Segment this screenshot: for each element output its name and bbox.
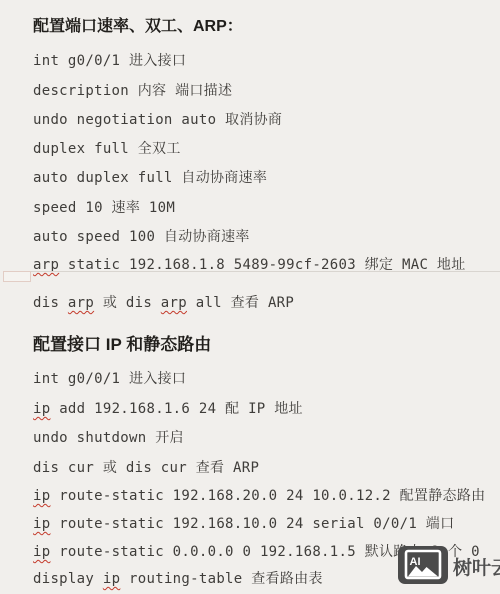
command-text: route-static 192.168.20.0 24 10.0.12.2 配… xyxy=(50,488,485,504)
command-line: ip add 192.168.1.6 24 配 IP 地址 xyxy=(33,399,303,419)
watermark-brand: 树叶云 xyxy=(453,553,500,580)
command-text: int g0/0/1 进入接口 xyxy=(33,53,186,69)
command-text: dis xyxy=(33,295,68,311)
section-divider-line xyxy=(30,271,500,272)
misspelled-word: ip xyxy=(33,544,50,560)
command-text: dis cur 或 dis cur 查看 ARP xyxy=(33,460,259,476)
command-text: auto duplex full 自动协商速率 xyxy=(33,170,267,186)
section-title: 配置端口速率、双工、ARP： xyxy=(33,16,243,38)
command-text: route-static 192.168.10.0 24 serial 0/0/… xyxy=(50,516,454,532)
command-line: duplex full 全双工 xyxy=(33,139,181,159)
section-title: 配置接口 IP 和静态路由 xyxy=(33,334,211,356)
command-text: add 192.168.1.6 24 配 IP 地址 xyxy=(50,401,302,417)
command-text: speed 10 速率 10M xyxy=(33,200,175,216)
command-line: undo shutdown 开启 xyxy=(33,428,184,448)
margin-tab-mark xyxy=(3,271,31,282)
command-line: arp static 192.168.1.8 5489-99cf-2603 绑定… xyxy=(33,255,466,275)
command-line: ip route-static 192.168.20.0 24 10.0.12.… xyxy=(33,486,485,506)
misspelled-word: ip xyxy=(103,571,120,587)
command-text: duplex full 全双工 xyxy=(33,141,181,157)
command-line: int g0/0/1 进入接口 xyxy=(33,51,186,71)
command-line: int g0/0/1 进入接口 xyxy=(33,369,186,389)
watermark: AI 树叶云 xyxy=(398,546,500,584)
ai-image-icon: AI xyxy=(398,546,448,584)
command-line: speed 10 速率 10M xyxy=(33,198,175,218)
command-text: undo shutdown 开启 xyxy=(33,430,184,446)
command-line: display ip routing-table 查看路由表 xyxy=(33,569,323,589)
command-line: ip route-static 192.168.10.0 24 serial 0… xyxy=(33,514,454,534)
misspelled-word: ip xyxy=(33,488,50,504)
command-text: 或 dis xyxy=(94,295,161,311)
command-text: display xyxy=(33,571,103,587)
command-line: auto speed 100 自动协商速率 xyxy=(33,227,250,247)
command-line: description 内容 端口描述 xyxy=(33,81,232,101)
command-text: all 查看 ARP xyxy=(187,295,294,311)
misspelled-word: ip xyxy=(33,401,50,417)
command-text: description 内容 端口描述 xyxy=(33,83,232,99)
command-text: undo negotiation auto 取消协商 xyxy=(33,112,282,128)
misspelled-word: arp xyxy=(161,295,187,311)
command-line: dis arp 或 dis arp all 查看 ARP xyxy=(33,293,294,313)
command-text: auto speed 100 自动协商速率 xyxy=(33,229,250,245)
command-line: dis cur 或 dis cur 查看 ARP xyxy=(33,458,259,478)
document-page: 配置端口速率、双工、ARP： int g0/0/1 进入接口 descripti… xyxy=(0,0,500,594)
command-line: auto duplex full 自动协商速率 xyxy=(33,168,267,188)
command-text: int g0/0/1 进入接口 xyxy=(33,371,186,387)
misspelled-word: arp xyxy=(68,295,94,311)
misspelled-word: ip xyxy=(33,516,50,532)
command-text: routing-table 查看路由表 xyxy=(120,571,322,587)
command-line: undo negotiation auto 取消协商 xyxy=(33,110,282,130)
svg-text:AI: AI xyxy=(410,556,421,568)
